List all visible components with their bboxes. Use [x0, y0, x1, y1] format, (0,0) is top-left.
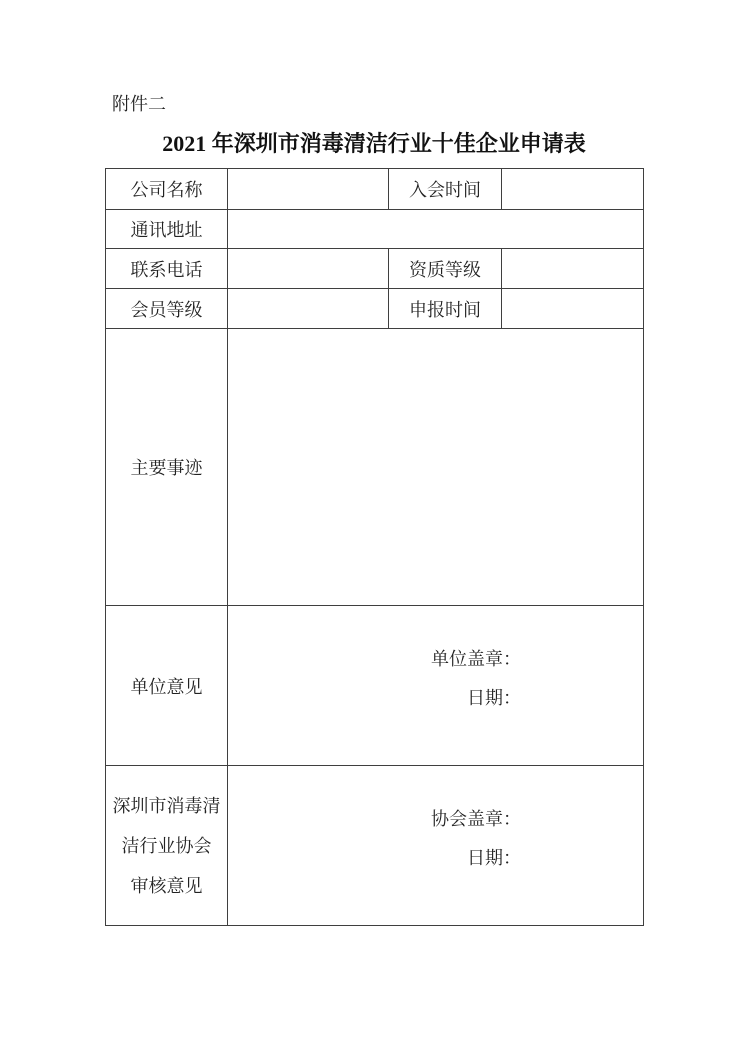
company-name-value [228, 169, 389, 210]
table-row: 深圳市消毒清 洁行业协会 审核意见 协会盖章： 日期： [106, 766, 644, 926]
document-page: 附件二 2021 年深圳市消毒清洁行业十佳企业申请表 公司名称 入会时间 通讯地… [0, 0, 750, 1060]
application-form-table: 公司名称 入会时间 通讯地址 联系电话 资质等级 会员等级 申报时间 主要事迹 … [105, 168, 644, 926]
unit-opinion-value: 单位盖章： 日期： [228, 606, 644, 766]
table-row: 会员等级 申报时间 [106, 289, 644, 329]
member-level-label: 会员等级 [106, 289, 228, 329]
association-label-line-2: 洁行业协会 [106, 826, 227, 866]
association-seal-block: 协会盖章： 日期： [228, 800, 643, 891]
table-row: 主要事迹 [106, 329, 644, 606]
association-opinion-label-lines: 深圳市消毒清 洁行业协会 审核意见 [106, 786, 227, 906]
address-value [228, 210, 644, 249]
address-label: 通讯地址 [106, 210, 228, 249]
table-row: 单位意见 单位盖章： 日期： [106, 606, 644, 766]
qualification-value [502, 249, 644, 289]
achievements-label: 主要事迹 [106, 329, 228, 606]
apply-time-value [502, 289, 644, 329]
association-seal-label: 协会盖章： [228, 800, 521, 839]
table-row: 公司名称 入会时间 [106, 169, 644, 210]
association-date-label: 日期： [228, 839, 521, 878]
phone-label: 联系电话 [106, 249, 228, 289]
join-time-value [502, 169, 644, 210]
association-opinion-value: 协会盖章： 日期： [228, 766, 644, 926]
unit-seal-block: 单位盖章： 日期： [228, 640, 643, 731]
attachment-label: 附件二 [112, 93, 166, 115]
apply-time-label: 申报时间 [389, 289, 502, 329]
achievements-value [228, 329, 644, 606]
table-row: 联系电话 资质等级 [106, 249, 644, 289]
phone-value [228, 249, 389, 289]
company-name-label: 公司名称 [106, 169, 228, 210]
form-title: 2021 年深圳市消毒清洁行业十佳企业申请表 [105, 130, 643, 158]
join-time-label: 入会时间 [389, 169, 502, 210]
unit-opinion-label: 单位意见 [106, 606, 228, 766]
association-label-line-3: 审核意见 [106, 866, 227, 906]
association-opinion-label: 深圳市消毒清 洁行业协会 审核意见 [106, 766, 228, 926]
qualification-label: 资质等级 [389, 249, 502, 289]
unit-date-label: 日期： [228, 679, 521, 718]
unit-seal-label: 单位盖章： [228, 640, 521, 679]
association-label-line-1: 深圳市消毒清 [106, 786, 227, 826]
table-row: 通讯地址 [106, 210, 644, 249]
member-level-value [228, 289, 389, 329]
